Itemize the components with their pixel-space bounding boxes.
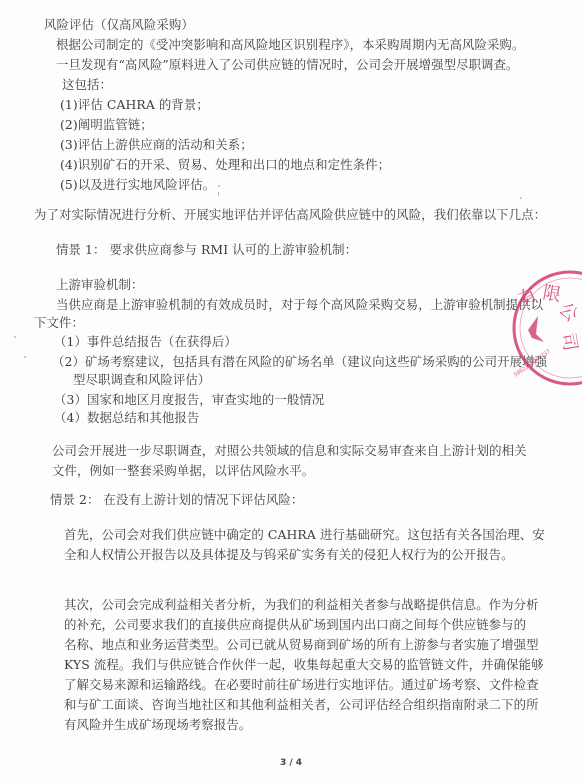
document-page: 风险评估（仅高风险采购） 根据公司制定的《受冲突影响和高风险地区识别程序》，本采… [0,0,582,784]
scan-speck [218,185,220,187]
scenario1-doc-4: （4）数据总结和其他报告 [54,409,199,427]
includes-item-3: (3)评估上游供应商的活动和关系； [60,136,253,154]
scenario2-heading: 情景 2： 在没有上游计划的情况下评估风险： [50,491,303,509]
scenario1-heading: 情景 1： 要求供应商参与 RMI 认可的上游审验机制： [56,241,357,259]
includes-item-1: (1)评估 CAHRA 的背景； [60,96,209,114]
reliance-statement: 为了对实际情况进行分析、开展实地评估并评估高风险供应链中的风险，我们依靠以下几点… [34,206,546,224]
scan-speck [520,197,522,199]
scenario2-second-line-7: 有风险并生成矿场现场考察报告。 [64,716,251,734]
scenario2-first-line-2: 全和人权情公开报告以及具体提及与钨采矿实务有关的侵犯人权行为的公开报告。 [64,546,514,564]
svg-text:限: 限 [541,282,562,306]
intro-line-2: 一旦发现有“高风险”原料进入了公司供应链的情况时，公司会开展增强型尽职调查。 [56,56,519,74]
page-number: 3 / 4 [0,758,582,768]
scenario2-second-line-3: 名称、地点和业务运营类型。公司已就从贸易商到矿场的所有上游参与者实施了增强型 [64,636,539,654]
includes-item-5: (5)以及进行实地风险评估。 [60,176,215,194]
scan-speck [24,356,26,358]
scenario2-second-line-5: 了解交易来源和运输路线。在必要时前往矿场进行实地评估。通过矿场考察、文件检查 [64,676,539,694]
intro-line-3: 这包括： [62,76,112,94]
scenario2-second-line-2: 的补充，公司要求我们的直接供应商提供从矿场到国内出口商之间每个供应链参与的 [64,616,526,634]
scenario2-second-line-4: KYS 流程。我们与供应链合作伙伴一起，收集每起重大交易的监管链文件，并确保能够 [64,656,544,674]
includes-item-4: (4)识别矿石的开采、贸易、处理和出口的地点和定性条件； [60,156,390,174]
scenario1-followup-line-2: 文件，例如一整套采购单据，以评估风险水平。 [52,462,314,480]
scenario1-doc-2: （2）矿场考察建议，包括具有潜在风险的矿场名单（建议向这些矿场采购的公司开展增强 [52,353,547,371]
scan-speck [14,336,16,338]
section-title: 风险评估（仅高风险采购） [44,16,194,34]
scenario1-paragraph-line-1: 当供应商是上游审验机制的有效成员时，对于每个高风险采购交易，上游审验机制提供以 [56,296,543,314]
scenario1-paragraph-line-2: 下文件： [34,314,84,332]
scenario1-doc-1: （1）事件总结报告（在获得后） [54,333,237,351]
scan-speck [218,192,219,196]
scenario1-doc-3: （3）国家和地区月度报告，审查实地的一般情况 [54,391,324,409]
svg-text:公: 公 [554,299,582,327]
scenario1-subheading: 上游审验机制： [56,276,143,294]
includes-item-2: (2)阐明监管链； [60,116,153,134]
scenario1-followup-line-1: 公司会开展进一步尽职调查，对照公共领域的信息和实际交易审查来自上游计划的相关 [52,442,527,460]
scenario2-first-line-1: 首先，公司会对我们供应链中确定的 CAHRA 进行基础研究。这包括有关各国治理、… [64,526,545,544]
svg-text:司: 司 [557,331,581,352]
scenario2-second-line-6: 和与矿工面谈、咨询当地社区和其他利益相关者，公司评估经合组织指南附录二下的所 [64,696,539,714]
intro-line-1: 根据公司制定的《受冲突影响和高风险地区识别程序》，本采购周期内无高风险采购。 [56,36,524,54]
scenario1-doc-2-cont: 型尽职调查和风险评估） [73,371,210,389]
scenario2-second-line-1: 其次，公司会完成利益相关者分析，为我们的利益相关者参与战略提供信息。作为分析 [64,596,539,614]
